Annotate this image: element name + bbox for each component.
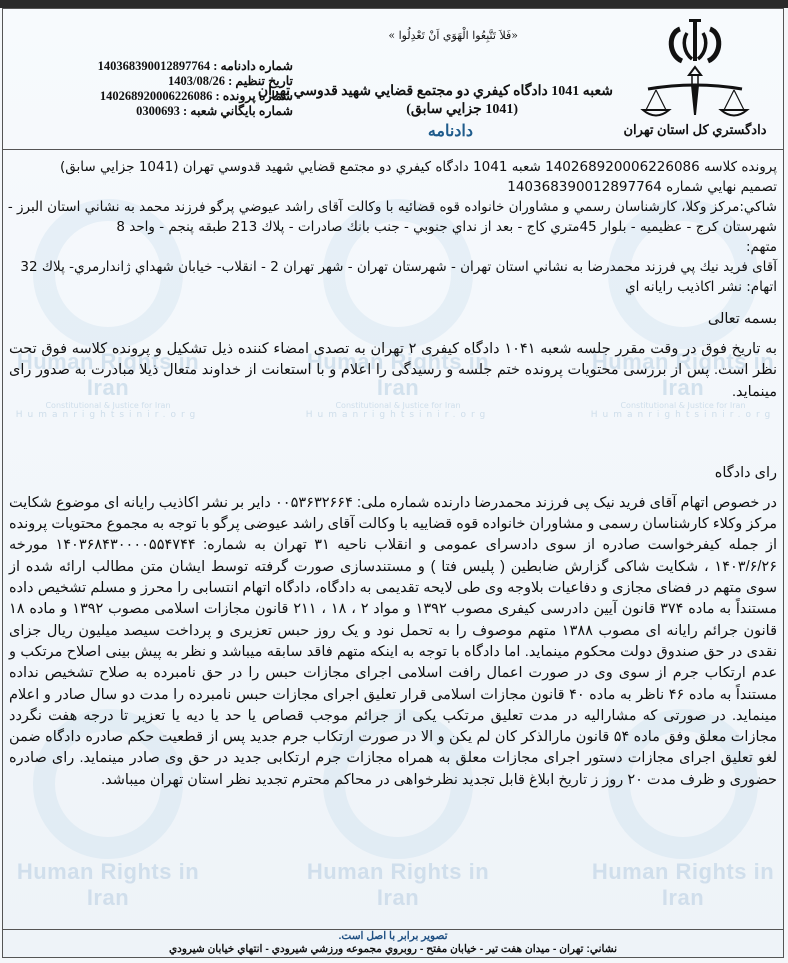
quran-quote: «فَلاَ تَتَّبِعُوا الْهَوَي اَنْ تَعْدِل… <box>388 29 518 42</box>
document-header: دادگستري كل استان تهران «فَلاَ تَتَّبِعُ… <box>3 9 783 150</box>
judiciary-logo: دادگستري كل استان تهران <box>615 15 775 145</box>
document-metadata: شماره دادنامه : 140368390012897764 تاريخ… <box>73 59 293 119</box>
document-title: دادنامه <box>428 121 473 141</box>
scales-of-justice-icon <box>640 15 750 120</box>
meta-verdict-number: شماره دادنامه : 140368390012897764 <box>73 59 293 74</box>
accused-line: آقاى فريد نيك پي فرزند محمدرضا به نشاني … <box>9 257 777 277</box>
plaintiff-address-line: شهرستان كرج - عظيميه - بلوار 45متري كاج … <box>9 217 777 237</box>
logo-caption: دادگستري كل استان تهران <box>615 122 775 138</box>
plaintiff-line: شاكي:مركز وكلا، كارشناسان رسمي و مشاوران… <box>9 197 777 217</box>
top-bar <box>0 0 788 8</box>
document-body: پرونده كلاسه 140268920006226086 شعبه 104… <box>9 153 777 791</box>
meta-archive-number: شماره بايگاني شعبه : 0300693 <box>73 104 293 119</box>
bismillah-heading: بسمه تعالی <box>9 309 777 329</box>
accused-label: متهم: <box>9 237 777 257</box>
meta-issue-date: تاريخ تنظيم : 1403/08/26 <box>73 74 293 89</box>
verdict-paragraph: در خصوص اتهام آقای فرید نیک پی فرزند محم… <box>9 493 777 791</box>
court-title: شعبه 1041 دادگاه كيفري دو مجتمع قضايي شه… <box>258 83 613 100</box>
final-decision-line: تصميم نهايي شماره 140368390012897764 <box>9 177 777 197</box>
case-file-line: پرونده كلاسه 140268920006226086 شعبه 104… <box>9 157 777 177</box>
charge-line: اتهام: نشر اكاذيب رايانه اي <box>9 277 777 297</box>
intro-paragraph: به تاریخ فوق در وقت مقرر جلسه شعبه ۱۰۴۱ … <box>9 339 777 403</box>
certification-note: تصوير برابر با اصل است. <box>3 930 783 943</box>
document-footer: تصوير برابر با اصل است. نشاني: تهران - م… <box>3 929 783 960</box>
court-subtitle: (1041 جزايي سابق) <box>406 101 518 118</box>
verdict-heading: رای دادگاه <box>9 463 777 483</box>
meta-case-number: شماره پرونده : 140268920006226086 <box>73 89 293 104</box>
court-verdict-document: Human Rights in Iran Constitutional & Ju… <box>2 8 784 958</box>
court-address: نشاني: تهران - ميدان هفت تير - خيابان مف… <box>3 943 783 956</box>
